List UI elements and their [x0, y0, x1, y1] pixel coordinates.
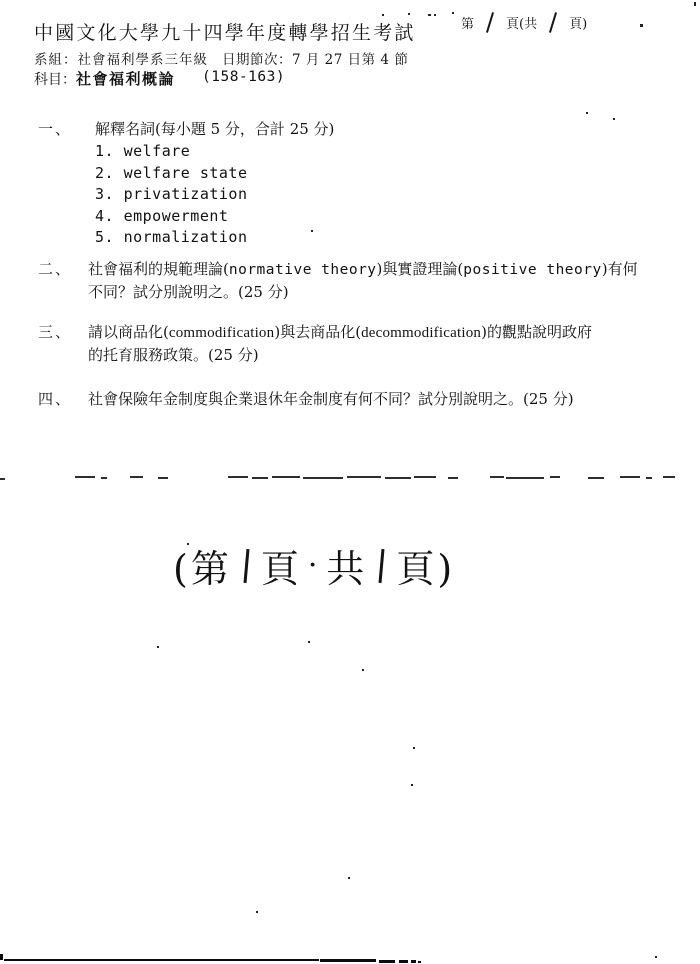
date-session-label: 日期節次：7 月 27 日第 4 節 [222, 48, 408, 68]
question-4-number: 四、 [38, 388, 72, 410]
page-count-note: (第 頁 · 共 頁) [170, 538, 458, 593]
question-1-number: 一、 [38, 118, 72, 140]
question-3: 三、 請以商品化(commodification)與去商品化(decommodi… [38, 321, 592, 366]
question-text-segment: )的觀點說明政府 [481, 323, 592, 341]
question-4-line1: 社會保險年金制度與企業退休年金制度有何不同？試分別說明之。(25 分) [88, 388, 574, 410]
question-1-heading: 解釋名詞(每小題 5 分，合計 25 分) [95, 118, 334, 140]
handwritten-total-pages-large [379, 548, 385, 582]
question-1-item: 1. welfare [95, 141, 334, 163]
question-text-segment: )與實證理論( [377, 260, 464, 278]
note-separator-dot: · [308, 548, 321, 583]
note-total-label: 共 [326, 538, 367, 593]
department-label: 系組：社會福利學系三年級 [34, 52, 208, 68]
note-page-char: 頁 [261, 538, 302, 593]
exam-paper-scan: 中國文化大學九十四學年度轉學招生考試 第 頁(共 頁) 系組：社會福利學系三年級… [0, 0, 700, 964]
question-text-segment: 社會福利的規範理論( [88, 260, 229, 278]
question-1-item: 5. normalization [95, 227, 334, 249]
subject-line: 科目：社會福利概論 (158-163) [34, 68, 674, 88]
page-label-suffix: 頁) [569, 13, 587, 32]
question-3-line1: 請以商品化(commodification)與去商品化(decommodific… [88, 321, 592, 344]
question-text-segment: )有何 [602, 260, 638, 278]
question-text-segment: )與去商品化( [274, 323, 361, 341]
handwritten-total-pages [549, 12, 557, 33]
question-3-line2: 的托育服務政策。(25 分) [88, 344, 592, 366]
question-2-number: 二、 [38, 258, 72, 280]
question-4: 四、 社會保險年金制度與企業退休年金制度有何不同？試分別說明之。(25 分) [38, 388, 574, 410]
handwritten-page-number [486, 12, 494, 33]
question-text-segment: 請以商品化( [88, 323, 169, 341]
question-text-segment: commodification [169, 325, 274, 341]
note-close: 頁) [396, 538, 455, 593]
header-info-line: 系組：社會福利學系三年級 日期節次：7 月 27 日第 4 節 [34, 48, 674, 66]
subject-name: 社會福利概論 [76, 70, 175, 88]
subject-label: 科目： [34, 72, 76, 88]
question-text-segment: positive theory [463, 262, 601, 278]
note-open: (第 [173, 538, 232, 593]
exam-title: 中國文化大學九十四學年度轉學招生考試 [34, 18, 416, 45]
page-label-prefix: 第 [461, 13, 474, 32]
question-2-line1: 社會福利的規範理論(normative theory)與實證理論(positiv… [88, 258, 638, 281]
question-2: 二、 社會福利的規範理論(normative theory)與實證理論(posi… [38, 258, 638, 303]
question-text-segment: normative theory [229, 262, 377, 278]
question-3-number: 三、 [38, 321, 72, 343]
question-1-item: 3. privatization [95, 184, 334, 206]
question-1: 一、 解釋名詞(每小題 5 分，合計 25 分) 1. welfare 2. w… [38, 118, 334, 249]
question-1-item: 2. welfare state [95, 163, 334, 185]
question-1-item: 4. empowerment [95, 206, 334, 228]
subject-code: (158-163) [202, 69, 285, 85]
question-text-segment: decommodification [361, 325, 481, 341]
page-label-middle: 頁(共 [506, 13, 537, 32]
page-number-field: 第 頁(共 頁) [461, 12, 587, 33]
question-2-line2: 不同？試分別說明之。(25 分) [88, 281, 638, 303]
handwritten-page-number-large [243, 548, 249, 582]
